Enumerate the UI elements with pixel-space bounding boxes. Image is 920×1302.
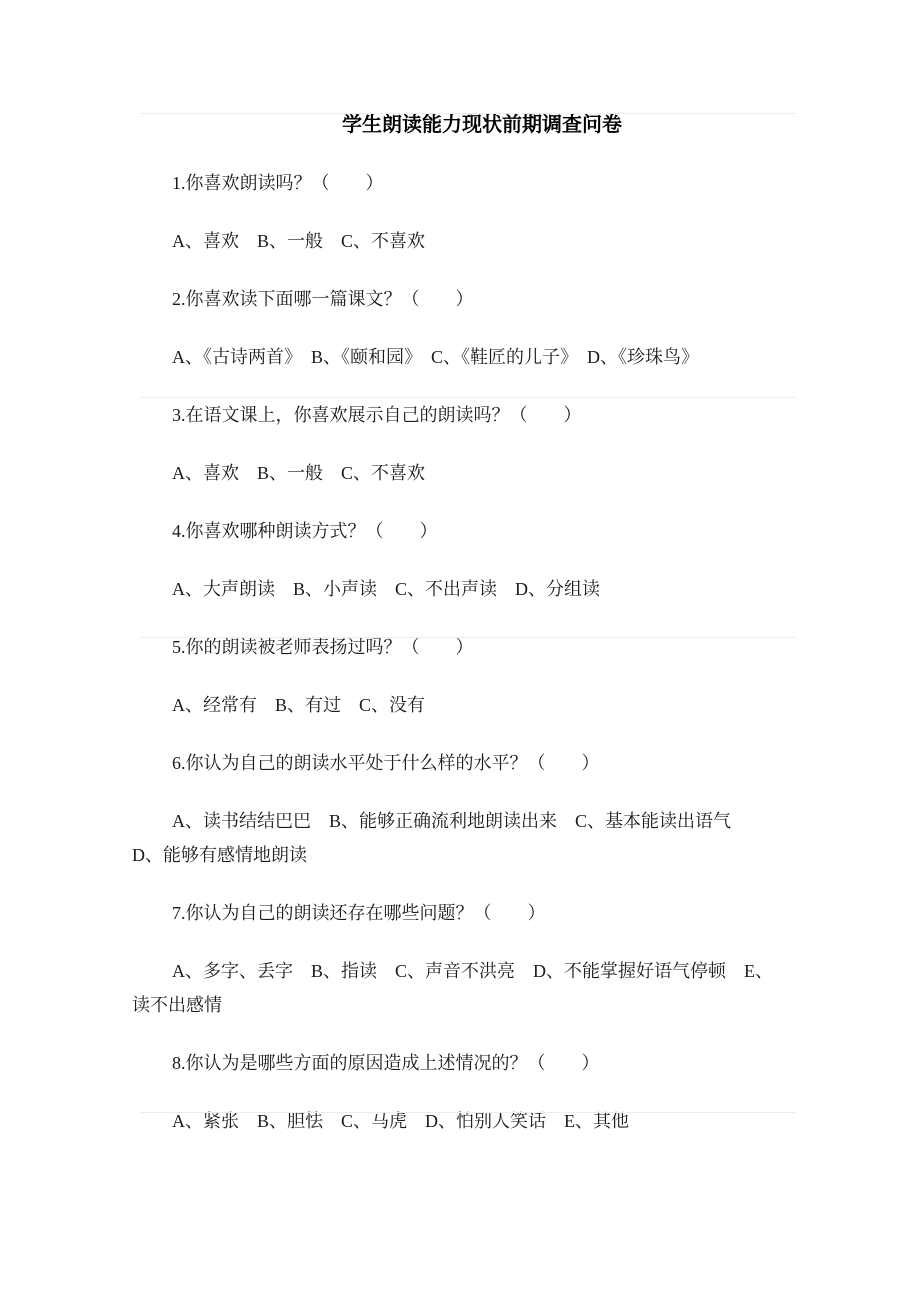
page-strip-divider [140,1112,796,1113]
question-5-text: 5.你的朗读被老师表扬过吗？（ ） [132,630,792,664]
question-5-options-line1: A、经常有 B、有过 C、没有 [172,695,425,715]
question-3-text: 3.在语文课上，你喜欢展示自己的朗读吗？（ ） [132,398,792,432]
question-block-6: 6.你认为自己的朗读水平处于什么样的水平？（ ） A、读书结结巴巴 B、能够正确… [132,746,792,872]
question-2-options: A、《古诗两首》 B、《颐和园》 C、《鞋匠的儿子》 D、《珍珠鸟》 [132,340,792,374]
question-1-options: A、喜欢 B、一般 C、不喜欢 [132,224,792,258]
question-8-options-line1: A、紧张 B、胆怯 C、马虎 D、怕别人笑话 E、其他 [172,1111,629,1131]
question-8-text: 8.你认为是哪些方面的原因造成上述情况的？（ ） [132,1046,792,1080]
document-page: 学生朗读能力现状前期调查问卷 1.你喜欢朗读吗？（ ） A、喜欢 B、一般 C、… [0,0,920,1302]
question-3-options-line1: A、喜欢 B、一般 C、不喜欢 [172,463,425,483]
question-7-text: 7.你认为自己的朗读还存在哪些问题？（ ） [132,896,792,930]
question-1-text: 1.你喜欢朗读吗？（ ） [132,166,792,200]
question-4-text: 4.你喜欢哪种朗读方式？（ ） [132,514,792,548]
question-6-options-line1: A、读书结结巴巴 B、能够正确流利地朗读出来 C、基本能读出语气 [172,811,731,831]
page-strip-divider [140,637,796,638]
question-8-options: A、紧张 B、胆怯 C、马虎 D、怕别人笑话 E、其他 [132,1104,792,1138]
question-7-options: A、多字、丢字 B、指读 C、声音不洪亮 D、不能掌握好语气停顿 E、读不出感情 [132,954,792,1022]
question-6-options: A、读书结结巴巴 B、能够正确流利地朗读出来 C、基本能读出语气D、能够有感情地… [132,804,792,872]
question-block-2: 2.你喜欢读下面哪一篇课文？（ ） A、《古诗两首》 B、《颐和园》 C、《鞋匠… [132,282,792,374]
question-2-text: 2.你喜欢读下面哪一篇课文？（ ） [132,282,792,316]
question-6-options-line2: D、能够有感情地朗读 [132,838,792,872]
question-3-options: A、喜欢 B、一般 C、不喜欢 [132,456,792,490]
question-block-8: 8.你认为是哪些方面的原因造成上述情况的？（ ） A、紧张 B、胆怯 C、马虎 … [132,1046,792,1138]
question-6-text: 6.你认为自己的朗读水平处于什么样的水平？（ ） [132,746,792,780]
question-block-5: 5.你的朗读被老师表扬过吗？（ ） A、经常有 B、有过 C、没有 [132,630,792,722]
document-content: 学生朗读能力现状前期调查问卷 1.你喜欢朗读吗？（ ） A、喜欢 B、一般 C、… [0,0,920,1138]
question-7-options-line1: A、多字、丢字 B、指读 C、声音不洪亮 D、不能掌握好语气停顿 E、 [172,961,773,981]
question-2-options-line1: A、《古诗两首》 B、《颐和园》 C、《鞋匠的儿子》 D、《珍珠鸟》 [172,347,699,367]
page-strip-divider [140,113,796,114]
question-block-4: 4.你喜欢哪种朗读方式？（ ） A、大声朗读 B、小声读 C、不出声读 D、分组… [132,514,792,606]
question-4-options-line1: A、大声朗读 B、小声读 C、不出声读 D、分组读 [172,579,600,599]
question-7-options-line2: 读不出感情 [132,988,792,1022]
question-1-options-line1: A、喜欢 B、一般 C、不喜欢 [172,231,425,251]
question-block-3: 3.在语文课上，你喜欢展示自己的朗读吗？（ ） A、喜欢 B、一般 C、不喜欢 [132,398,792,490]
question-5-options: A、经常有 B、有过 C、没有 [132,688,792,722]
question-block-1: 1.你喜欢朗读吗？（ ） A、喜欢 B、一般 C、不喜欢 [132,166,792,258]
question-4-options: A、大声朗读 B、小声读 C、不出声读 D、分组读 [132,572,792,606]
page-strip-divider [140,397,796,398]
question-block-7: 7.你认为自己的朗读还存在哪些问题？（ ） A、多字、丢字 B、指读 C、声音不… [132,896,792,1022]
